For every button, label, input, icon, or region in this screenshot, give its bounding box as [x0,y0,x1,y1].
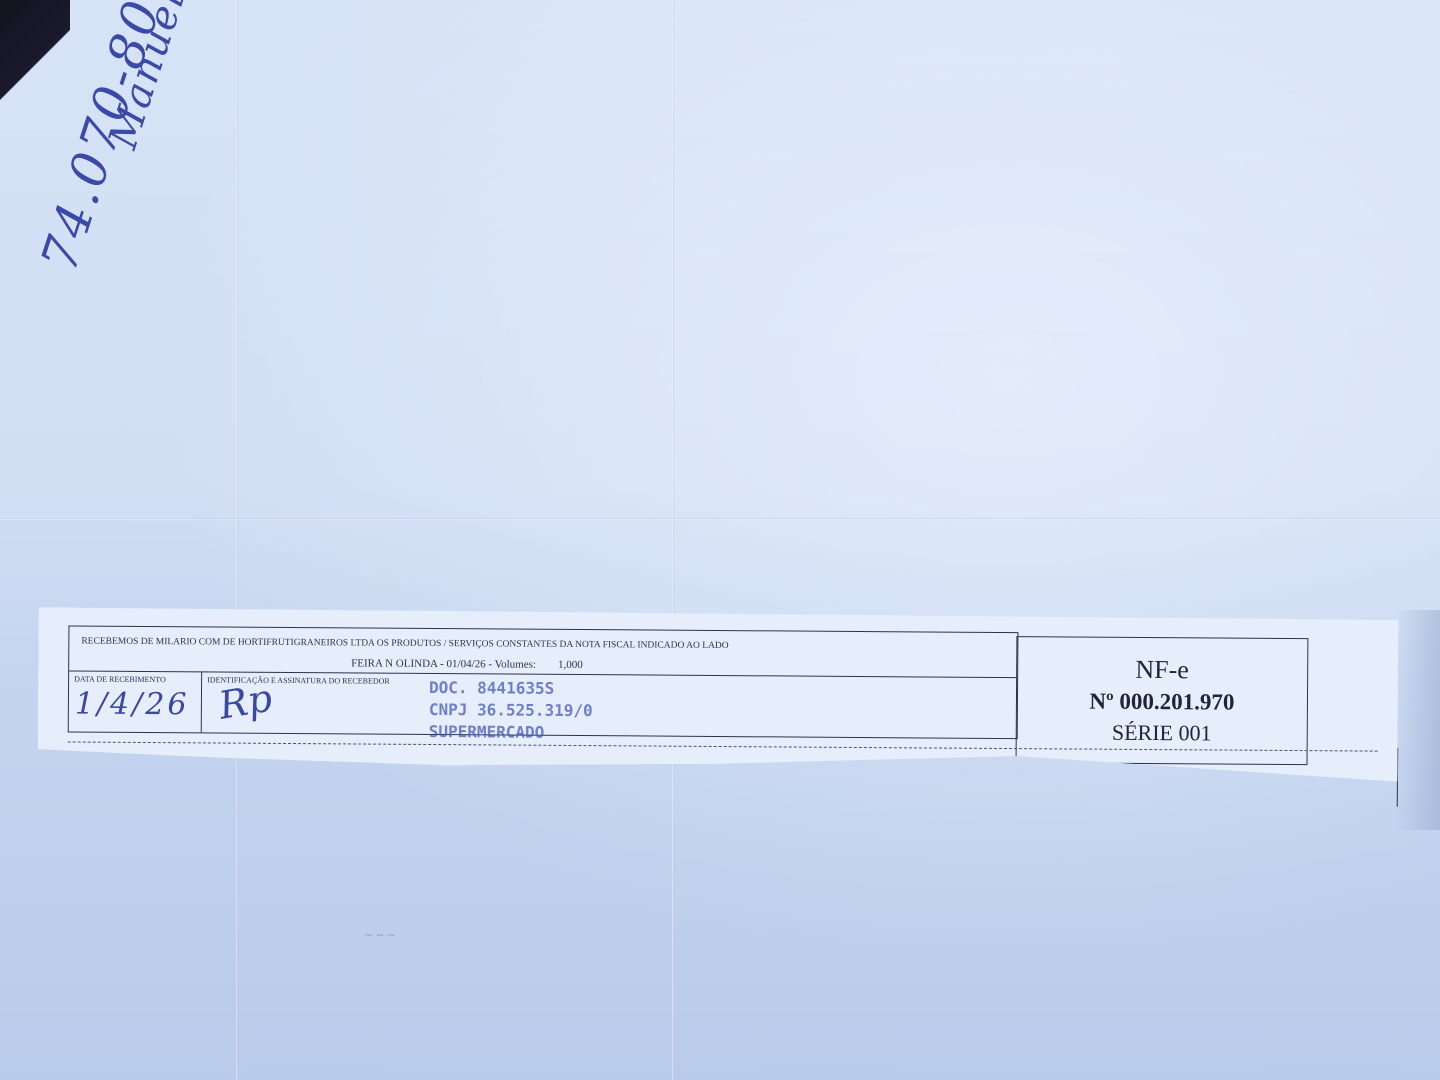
signature: Rp [216,676,276,728]
destination-text: FEIRA N OLINDA - 01/04/26 - Volumes: [351,657,536,670]
shadow [1395,610,1440,830]
stamp-line: SUPERMERCADO [429,721,593,744]
nfe-title: NF-e [1135,653,1189,685]
receipt-section: RECEBEMOS DE MILARIO COM DE HORTIFRUTIGR… [68,625,1019,739]
stamp-line: DOC. 8441635S [429,677,593,700]
paper-fold [236,0,238,1080]
date-label: DATA DE RECEBIMENTO [74,675,166,685]
received-statement: RECEBEMOS DE MILARIO COM DE HORTIFRUTIGR… [81,637,728,652]
destination-line: FEIRA N OLINDA - 01/04/26 - Volumes: 1,0… [351,657,583,671]
handwritten-note: Manuel 74.070-80 [0,10,230,330]
nfe-serie: SÉRIE 001 [1112,717,1212,748]
receipt-stub: RECEBEMOS DE MILARIO COM DE HORTIFRUTIGR… [37,607,1398,781]
paper-fold [672,0,674,1080]
rubber-stamp: DOC. 8441635S CNPJ 36.525.319/0 SUPERMER… [429,677,593,744]
handwritten-number: 74.070-80 [30,0,172,278]
stamp-line: CNPJ 36.525.319/0 [429,699,593,722]
nfe-box: NF-e Nº 000.201.970 SÉRIE 001 [1016,636,1309,765]
ink-smudge: ~ ~ ~ [365,928,395,943]
volumes-value: 1,000 [558,659,583,671]
date-field: DATA DE RECEBIMENTO 1/4/26 [69,670,202,732]
paper-fold [0,518,1440,520]
date-value: 1/4/26 [75,687,190,723]
nfe-number: Nº 000.201.970 [1089,685,1234,718]
